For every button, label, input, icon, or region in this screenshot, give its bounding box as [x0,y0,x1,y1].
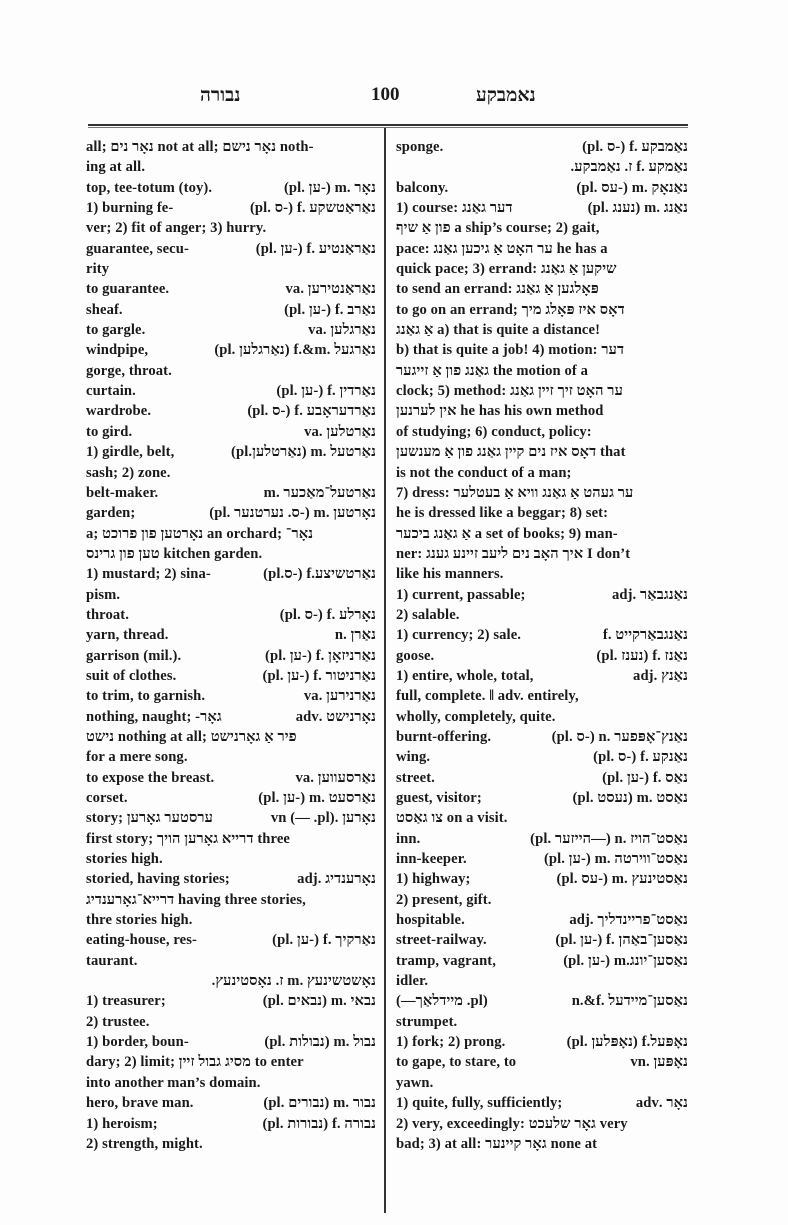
dictionary-line: taurant. [86,951,376,971]
dictionary-line: pace: ער האָט אַ גיכען גאַנג he has a [396,239,688,259]
entry-definition: 1) heroism; [86,1114,158,1134]
entry-headword: נאַסען־יונג.m (‑ען .pl) [563,951,688,971]
dictionary-line: street.נאַס .f (‑ען .pl) [396,768,688,788]
dictionary-line: dary; 2) limit; מסיג גבול זיין to enter [86,1052,376,1072]
entry-definition: pace: ער האָט אַ גיכען גאַנג he has a [396,239,688,259]
dictionary-line: to trim, to garnish.נאַרנירען .va [86,686,376,706]
entry-definition: curtain. [86,381,136,401]
dictionary-line: sash; 2) zone. [86,463,376,483]
entry-headword: נאַסען־באַהן .f (‑ען .pl) [555,930,688,950]
dictionary-line: 2) present, gift. [396,890,688,910]
dictionary-line: wardrobe.נאַרדעראָבע .f (‑ס .pl) [86,401,376,421]
dictionary-line: garrison (mil.).נאַרניזאָן .f (‑ען .pl) [86,646,376,666]
dictionary-line: curtain.נאַרדין .f (‑ען .pl) [86,381,376,401]
dictionary-line: storied, having stories;נאָרענדיג .adj [86,869,376,889]
entry-headword: נאַנג .m (נענג .pl) [588,198,688,218]
dictionary-line: wholly, completely, quite. [396,707,688,727]
entry-headword: נאַרטעל־מאַכער .m [264,483,376,503]
entry-headword: נאַס .f (‑ען .pl) [602,768,688,788]
entry-definition: pism. [86,585,376,605]
dictionary-line: bad; 3) at all: גאָר קיינער none at [396,1134,688,1154]
entry-headword: נאַרניזאָן .f (‑ען .pl) [265,646,376,666]
entry-definition: throat. [86,605,129,625]
entry-definition: 1) highway; [396,869,470,889]
entry-definition: to gird. [86,422,132,442]
entry-headword: נאַראַנטירען .va [286,279,376,299]
entry-headword: נאַרנירען .va [304,686,376,706]
dictionary-line: balcony.נאַנאָק .m (‑עס .pl) [396,178,688,198]
dictionary-line: 1) border, boun-נבול .m (נבולות .pl) [86,1032,376,1052]
entry-headword: נאָפּען .vn [630,1052,688,1072]
entry-definition: (—מיידלאַך .pl) [396,991,488,1011]
entry-definition: sash; 2) zone. [86,463,376,483]
entry-definition: thre stories high. [86,910,376,930]
dictionary-line: nothing, naught; ‑גאָרנאָרנישט .adv [86,707,376,727]
dictionary-line: 1) current, passable;נאַנגבאַר .adj [396,585,688,605]
entry-headword: נאַרטלען .va [304,422,376,442]
dictionary-line: he is dressed like a beggar; 8) set: [396,503,688,523]
left-guide-word: נבורה [200,84,240,107]
dictionary-line: suit of clothes.נאַרניטור .f (‑ען .pl) [86,666,376,686]
entry-headword: נאָר .m (‑ען .pl) [284,178,376,198]
dictionary-line: (—מיידלאַך .pl)נאַסען־מיידעל .n.&f [396,991,688,1011]
dictionary-line: דאָס איז נים קיין גאַנג פון אַ מענשען th… [396,442,688,462]
dictionary-line: 1) heroism;נבורה .f (נבורות .pl) [86,1114,376,1134]
dictionary-line: windpipe,נאַרגעל .f.&m (נאַרגלען .pl) [86,340,376,360]
entry-headword: נאָפּעל.f (נאָפּלען .pl) [567,1032,688,1052]
dictionary-line: wing.נאַנקע .f (‑ס .pl) [396,747,688,767]
dictionary-line: into another man’s domain. [86,1073,376,1093]
dictionary-line: 2) strength, might. [86,1134,376,1154]
dictionary-line: to gargle.נאַרגלען .va [86,320,376,340]
entry-headword: נאַרגעל .f.&m (נאַרגלען .pl) [214,340,376,360]
entry-definition: ing at all. [86,157,376,177]
entry-definition: wardrobe. [86,401,151,421]
entry-headword: נאַרן .n [335,625,376,645]
entry-headword: נאַסען־מיידעל .n.&f [572,991,688,1011]
dictionary-line: to send an errand: פּאָלגען אַ גאַנג [396,279,688,299]
dictionary-line: פון אַ שיף a ship’s course; 2) gait, [396,218,688,238]
entry-headword: נאַרניטור .f (‑ען .pl) [262,666,376,686]
entry-definition: of studying; 6) conduct, policy: [396,422,688,442]
entry-definition: wing. [396,747,430,767]
entry-definition: street. [396,768,435,788]
entry-definition: for a mere song. [86,747,376,767]
dictionary-line: story; ערסטער גאָרעןנאָרען .vn (— .pl) [86,808,376,828]
entry-definition: guest, visitor; [396,788,482,808]
dictionary-line: guarantee, secu-נאַראַנטיע .f (‑ען .pl) [86,239,376,259]
dictionary-line: 1) entire, whole, total,נאַנץ .adj [396,666,688,686]
dictionary-line: נאַמקע .f ז. נאַמבקע. [396,157,688,177]
page-header: נבורה 100 נאמבקע [88,84,688,114]
entry-headword: נאַנז .f (נענז .pl) [596,646,688,666]
page-number: 100 [371,84,400,106]
dictionary-line: to expose the breast.נאַרסעווען .va [86,768,376,788]
dictionary-line: 2) trustee. [86,1012,376,1032]
entry-definition: פון אַ שיף a ship’s course; 2) gait, [396,218,688,238]
entry-definition: belt-maker. [86,483,158,503]
dictionary-line: 2) very, exceedingly: גאָר שלעכט very [396,1114,688,1134]
dictionary-line: אין לערנען he has his own method [396,401,688,421]
entry-headword: נאַמבקע .f (‑ס .pl) [582,137,688,157]
entry-definition: idler. [396,971,688,991]
entry-headword: נאַסט־הויז .n (—הייזער .pl) [530,829,688,849]
dictionary-line: נישט nothing at all; פיר אַ גאָרנישט [86,727,376,747]
dictionary-line: inn.נאַסט־הויז .n (—הייזער .pl) [396,829,688,849]
right-column: sponge.נאַמבקע .f (‑ס .pl)נאַמקע .f ז. נ… [396,137,688,1154]
entry-definition: story; ערסטער גאָרען [86,808,213,828]
column-divider [384,128,386,1213]
entry-definition: גאַנג פון אַ זייגער the motion of a [396,361,688,381]
entry-headword: נאַראַנטיע .f (‑ען .pl) [256,239,376,259]
entry-headword: נבור .m (נבורים .pl) [263,1093,376,1113]
entry-definition: balcony. [396,178,448,198]
entry-definition: yawn. [396,1073,688,1093]
entry-definition: 2) strength, might. [86,1134,376,1154]
entry-headword: נאַנאָק .m (‑עס .pl) [576,178,688,198]
entry-headword: נאַנגבאַר .adj [612,585,688,605]
dictionary-line: all; נאָר נים not at all; נאָר נישם noth… [86,137,376,157]
header-rule-thin [88,127,688,128]
entry-headword: נאָשטשינעץ .m ז. נאָסטינעץ. [212,971,376,991]
entry-definition: sponge. [396,137,443,157]
entry-headword: נבאי .m (נבאים .pl) [263,991,376,1011]
entry-definition: sheaf. [86,300,123,320]
entry-definition: to guarantee. [86,279,169,299]
entry-definition: hospitable. [396,910,465,930]
dictionary-line: inn-keeper.נאַסט־ווירטה .m (‑ען .pl) [396,849,688,869]
entry-definition: צו גאַסט on a visit. [396,808,688,828]
entry-headword: נאַראַטשקע .f (‑ס .pl) [250,198,376,218]
dictionary-line: b) that is quite a job! 4) motion: דער [396,340,688,360]
entry-definition: 1) border, boun- [86,1032,189,1052]
entry-headword: נאָרטען .m (‑ס. נערטנער .pl) [209,503,376,523]
right-guide-word: נאמבקע [476,84,536,107]
entry-definition: b) that is quite a job! 4) motion: דער [396,340,688,360]
entry-definition: strumpet. [396,1012,688,1032]
entry-definition: דרייא־גאָרענדיג having three stories, [86,890,376,910]
dictionary-line: דרייא־גאָרענדיג having three stories, [86,890,376,910]
dictionary-line: טען פון גרינס kitchen garden. [86,544,376,564]
dictionary-line: garden;נאָרטען .m (‑ס. נערטנער .pl) [86,503,376,523]
entry-headword: נאָרענדיג .adj [297,869,376,889]
entry-definition: ver; 2) fit of anger; 3) hurry. [86,218,376,238]
entry-headword: נאַסטינעץ .m (‑עס .pl) [556,869,688,889]
entry-definition: 2) trustee. [86,1012,376,1032]
dictionary-line: eating-house, res-נאַרקיך .f (‑ען .pl) [86,930,376,950]
entry-definition: stories high. [86,849,376,869]
entry-headword: נאַרקיך .f (‑ען .pl) [272,930,376,950]
entry-headword: נאַרטשיצע.f (‑ס.pl) [263,564,376,584]
dictionary-line: אַ גאַנג ביכער a set of books; 9) man- [396,524,688,544]
entry-definition: 1) quite, fully, sufficiently; [396,1093,562,1113]
dictionary-line: to go on an errand; דאָס איז פּאָלג מיך [396,300,688,320]
entry-definition: to gape, to stare, to [396,1052,516,1072]
entry-headword: נאָרנישט .adv [296,707,376,727]
entry-definition: goose. [396,646,434,666]
dictionary-line: to gird.נאַרטלען .va [86,422,376,442]
dictionary-line: ver; 2) fit of anger; 3) hurry. [86,218,376,238]
dictionary-line: ner: איך האָב נים ליעב זיינע גענג I don’… [396,544,688,564]
entry-definition: 1) mustard; 2) sina- [86,564,211,584]
entry-definition: 1) treasurer; [86,991,166,1011]
dictionary-line: 1) highway;נאַסטינעץ .m (‑עס .pl) [396,869,688,889]
entry-definition: quick pace; 3) errand: שיקען אַ גאַנג [396,259,688,279]
entry-definition: bad; 3) at all: גאָר קיינער none at [396,1134,688,1154]
dictionary-line: yawn. [396,1073,688,1093]
entry-definition: full, complete. ‖ adv. entirely, [396,686,688,706]
entry-headword: נאַרב .f (‑ען .pl) [284,300,376,320]
entry-definition: all; נאָר נים not at all; נאָר נישם noth… [86,137,376,157]
dictionary-line: burnt-offering.נאַנץ־אָפּפער .n (‑ס .pl) [396,727,688,747]
dictionary-line: 1) girdle, belt,נאַרטעל .m (נאַרטלען.pl) [86,442,376,462]
entry-definition: into another man’s domain. [86,1073,376,1093]
entry-definition: to send an errand: פּאָלגען אַ גאַנג [396,279,688,299]
entry-definition: first story; דרייא גאָרען הויך three [86,829,376,849]
entry-headword: נבורה .f (נבורות .pl) [262,1114,376,1134]
dictionary-line: נאָשטשינעץ .m ז. נאָסטינעץ. [86,971,376,991]
entry-headword: נבול .m (נבולות .pl) [264,1032,376,1052]
entry-definition: he is dressed like a beggar; 8) set: [396,503,688,523]
entry-headword: נאַרטעל .m (נאַרטלען.pl) [231,442,376,462]
entry-definition: tramp, vagrant, [396,951,496,971]
entry-definition: rity [86,259,376,279]
entry-definition: to expose the breast. [86,768,214,788]
dictionary-line: goose.נאַנז .f (נענז .pl) [396,646,688,666]
entry-definition: דאָס איז נים קיין גאַנג פון אַ מענשען th… [396,442,688,462]
entry-headword: נאַנקע .f (‑ס .pl) [593,747,688,767]
dictionary-line: guest, visitor;נאַסט .m (נעסט .pl) [396,788,688,808]
entry-definition: garrison (mil.). [86,646,181,666]
entry-definition: 7) dress: ער געהט אַ גאַנג וויא אַ בעטלע… [396,483,688,503]
dictionary-line: 1) mustard; 2) sina-נאַרטשיצע.f (‑ס.pl) [86,564,376,584]
dictionary-line: full, complete. ‖ adv. entirely, [396,686,688,706]
entry-definition: to go on an errand; דאָס איז פּאָלג מיך [396,300,688,320]
entry-definition: wholly, completely, quite. [396,707,688,727]
dictionary-line: pism. [86,585,376,605]
entry-definition: garden; [86,503,135,523]
entry-definition: 1) girdle, belt, [86,442,174,462]
entry-definition: 1) entire, whole, total, [396,666,534,686]
entry-definition: top, tee-totum (toy). [86,178,212,198]
dictionary-line: 1) quite, fully, sufficiently;נאָר .adv [396,1093,688,1113]
dictionary-line: gorge, throat. [86,361,376,381]
dictionary-line: of studying; 6) conduct, policy: [396,422,688,442]
entry-headword: נאַסט .m (נעסט .pl) [573,788,688,808]
entry-headword: נאַנגבאַרקייט .f [603,625,688,645]
entry-definition: suit of clothes. [86,666,176,686]
entry-definition: yarn, thread. [86,625,169,645]
entry-definition: street-railway. [396,930,487,950]
dictionary-line: 1) fork; 2) prong.נאָפּעל.f (נאָפּלען .p… [396,1032,688,1052]
dictionary-line: 1) course: דער גאַנגנאַנג .m (נענג .pl) [396,198,688,218]
entry-definition: storied, having stories; [86,869,230,889]
entry-definition: burnt-offering. [396,727,491,747]
entry-headword: נאַנץ .adj [633,666,688,686]
entry-definition: אַ גאַנג a) that is quite a distance! [396,320,688,340]
dictionary-line: sponge.נאַמבקע .f (‑ס .pl) [396,137,688,157]
entry-definition: אין לערנען he has his own method [396,401,688,421]
dictionary-line: thre stories high. [86,910,376,930]
dictionary-line: 1) currency; 2) sale.נאַנגבאַרקייט .f [396,625,688,645]
entry-definition: nothing, naught; ‑גאָר [86,707,222,727]
entry-definition: אַ גאַנג ביכער a set of books; 9) man- [396,524,688,544]
dictionary-line: idler. [396,971,688,991]
entry-definition: 1) course: דער גאַנג [396,198,513,218]
dictionary-line: top, tee-totum (toy).נאָר .m (‑ען .pl) [86,178,376,198]
dictionary-line: corset.נאַרסעט .m (‑ען .pl) [86,788,376,808]
dictionary-line: rity [86,259,376,279]
dictionary-line: a; נאָרטען פון פרוכט an orchard; נאָר־ [86,524,376,544]
entry-definition: 1) current, passable; [396,585,526,605]
dictionary-line: hospitable.נאַסט־פריינדליך .adj [396,910,688,930]
entry-headword: נאָרלע .f (‑ס .pl) [280,605,376,625]
dictionary-line: first story; דרייא גאָרען הויך three [86,829,376,849]
entry-definition: 1) fork; 2) prong. [396,1032,505,1052]
dictionary-line: גאַנג פון אַ זייגער the motion of a [396,361,688,381]
dictionary-line: to guarantee.נאַראַנטירען .va [86,279,376,299]
dictionary-line: clock; 5) method: ער האָט זיך זיין גאַנג [396,381,688,401]
dictionary-line: yarn, thread.נאַרן .n [86,625,376,645]
dictionary-line: for a mere song. [86,747,376,767]
entry-definition: like his manners. [396,564,688,584]
dictionary-line: tramp, vagrant,נאַסען־יונג.m (‑ען .pl) [396,951,688,971]
entry-definition: 2) very, exceedingly: גאָר שלעכט very [396,1114,688,1134]
entry-headword: נאַרדין .f (‑ען .pl) [276,381,376,401]
left-column: all; נאָר נים not at all; נאָר נישם noth… [86,137,376,1154]
dictionary-line: ing at all. [86,157,376,177]
entry-definition: dary; 2) limit; מסיג גבול זיין to enter [86,1052,376,1072]
dictionary-line: sheaf.נאַרב .f (‑ען .pl) [86,300,376,320]
entry-definition: inn-keeper. [396,849,467,869]
dictionary-line: stories high. [86,849,376,869]
entry-definition: ner: איך האָב נים ליעב זיינע גענג I don’… [396,544,688,564]
dictionary-line: street-railway.נאַסען־באַהן .f (‑ען .pl) [396,930,688,950]
entry-definition: hero, brave man. [86,1093,194,1113]
dictionary-line: 2) salable. [396,605,688,625]
dictionary-line: belt-maker.נאַרטעל־מאַכער .m [86,483,376,503]
entry-definition: to trim, to garnish. [86,686,205,706]
entry-headword: נאָר .adv [636,1093,688,1113]
dictionary-line: strumpet. [396,1012,688,1032]
entry-headword: נאַסט־ווירטה .m (‑ען .pl) [544,849,688,869]
header-rule [88,124,688,126]
dictionary-line: throat.נאָרלע .f (‑ס .pl) [86,605,376,625]
dictionary-line: hero, brave man.נבור .m (נבורים .pl) [86,1093,376,1113]
dictionary-line: to gape, to stare, toנאָפּען .vn [396,1052,688,1072]
entry-headword: נאָרען .vn (— .pl) [271,808,376,828]
entry-definition: 2) salable. [396,605,688,625]
entry-definition: eating-house, res- [86,930,197,950]
entry-headword: נאַרדעראָבע .f (‑ס .pl) [247,401,376,421]
dictionary-line: 1) burning fe-נאַראַטשקע .f (‑ס .pl) [86,198,376,218]
entry-definition: guarantee, secu- [86,239,189,259]
entry-headword: נאַסט־פריינדליך .adj [569,910,688,930]
dictionary-line: אַ גאַנג a) that is quite a distance! [396,320,688,340]
dictionary-line: צו גאַסט on a visit. [396,808,688,828]
entry-headword: נאַרסעט .m (‑ען .pl) [258,788,376,808]
entry-definition: 1) currency; 2) sale. [396,625,521,645]
entry-definition: is not the conduct of a man; [396,463,688,483]
entry-definition: to gargle. [86,320,145,340]
entry-definition: טען פון גרינס kitchen garden. [86,544,376,564]
entry-definition: clock; 5) method: ער האָט זיך זיין גאַנג [396,381,688,401]
entry-definition: taurant. [86,951,376,971]
dictionary-line: is not the conduct of a man; [396,463,688,483]
entry-definition: inn. [396,829,420,849]
dictionary-line: like his manners. [396,564,688,584]
entry-definition: a; נאָרטען פון פרוכט an orchard; נאָר־ [86,524,376,544]
entry-headword: נאַרסעווען .va [296,768,377,788]
entry-definition: 1) burning fe- [86,198,173,218]
entry-headword: נאַרגלען .va [308,320,376,340]
entry-definition: corset. [86,788,128,808]
entry-headword: נאַנץ־אָפּפער .n (‑ס .pl) [552,727,688,747]
entry-definition: נישט nothing at all; פיר אַ גאָרנישט [86,727,376,747]
entry-definition: windpipe, [86,340,148,360]
entry-headword: נאַמקע .f ז. נאַמבקע. [571,157,688,177]
dictionary-line: 1) treasurer;נבאי .m (נבאים .pl) [86,991,376,1011]
entry-definition: 2) present, gift. [396,890,688,910]
dictionary-line: 7) dress: ער געהט אַ גאַנג וויא אַ בעטלע… [396,483,688,503]
entry-definition: gorge, throat. [86,361,376,381]
dictionary-line: quick pace; 3) errand: שיקען אַ גאַנג [396,259,688,279]
